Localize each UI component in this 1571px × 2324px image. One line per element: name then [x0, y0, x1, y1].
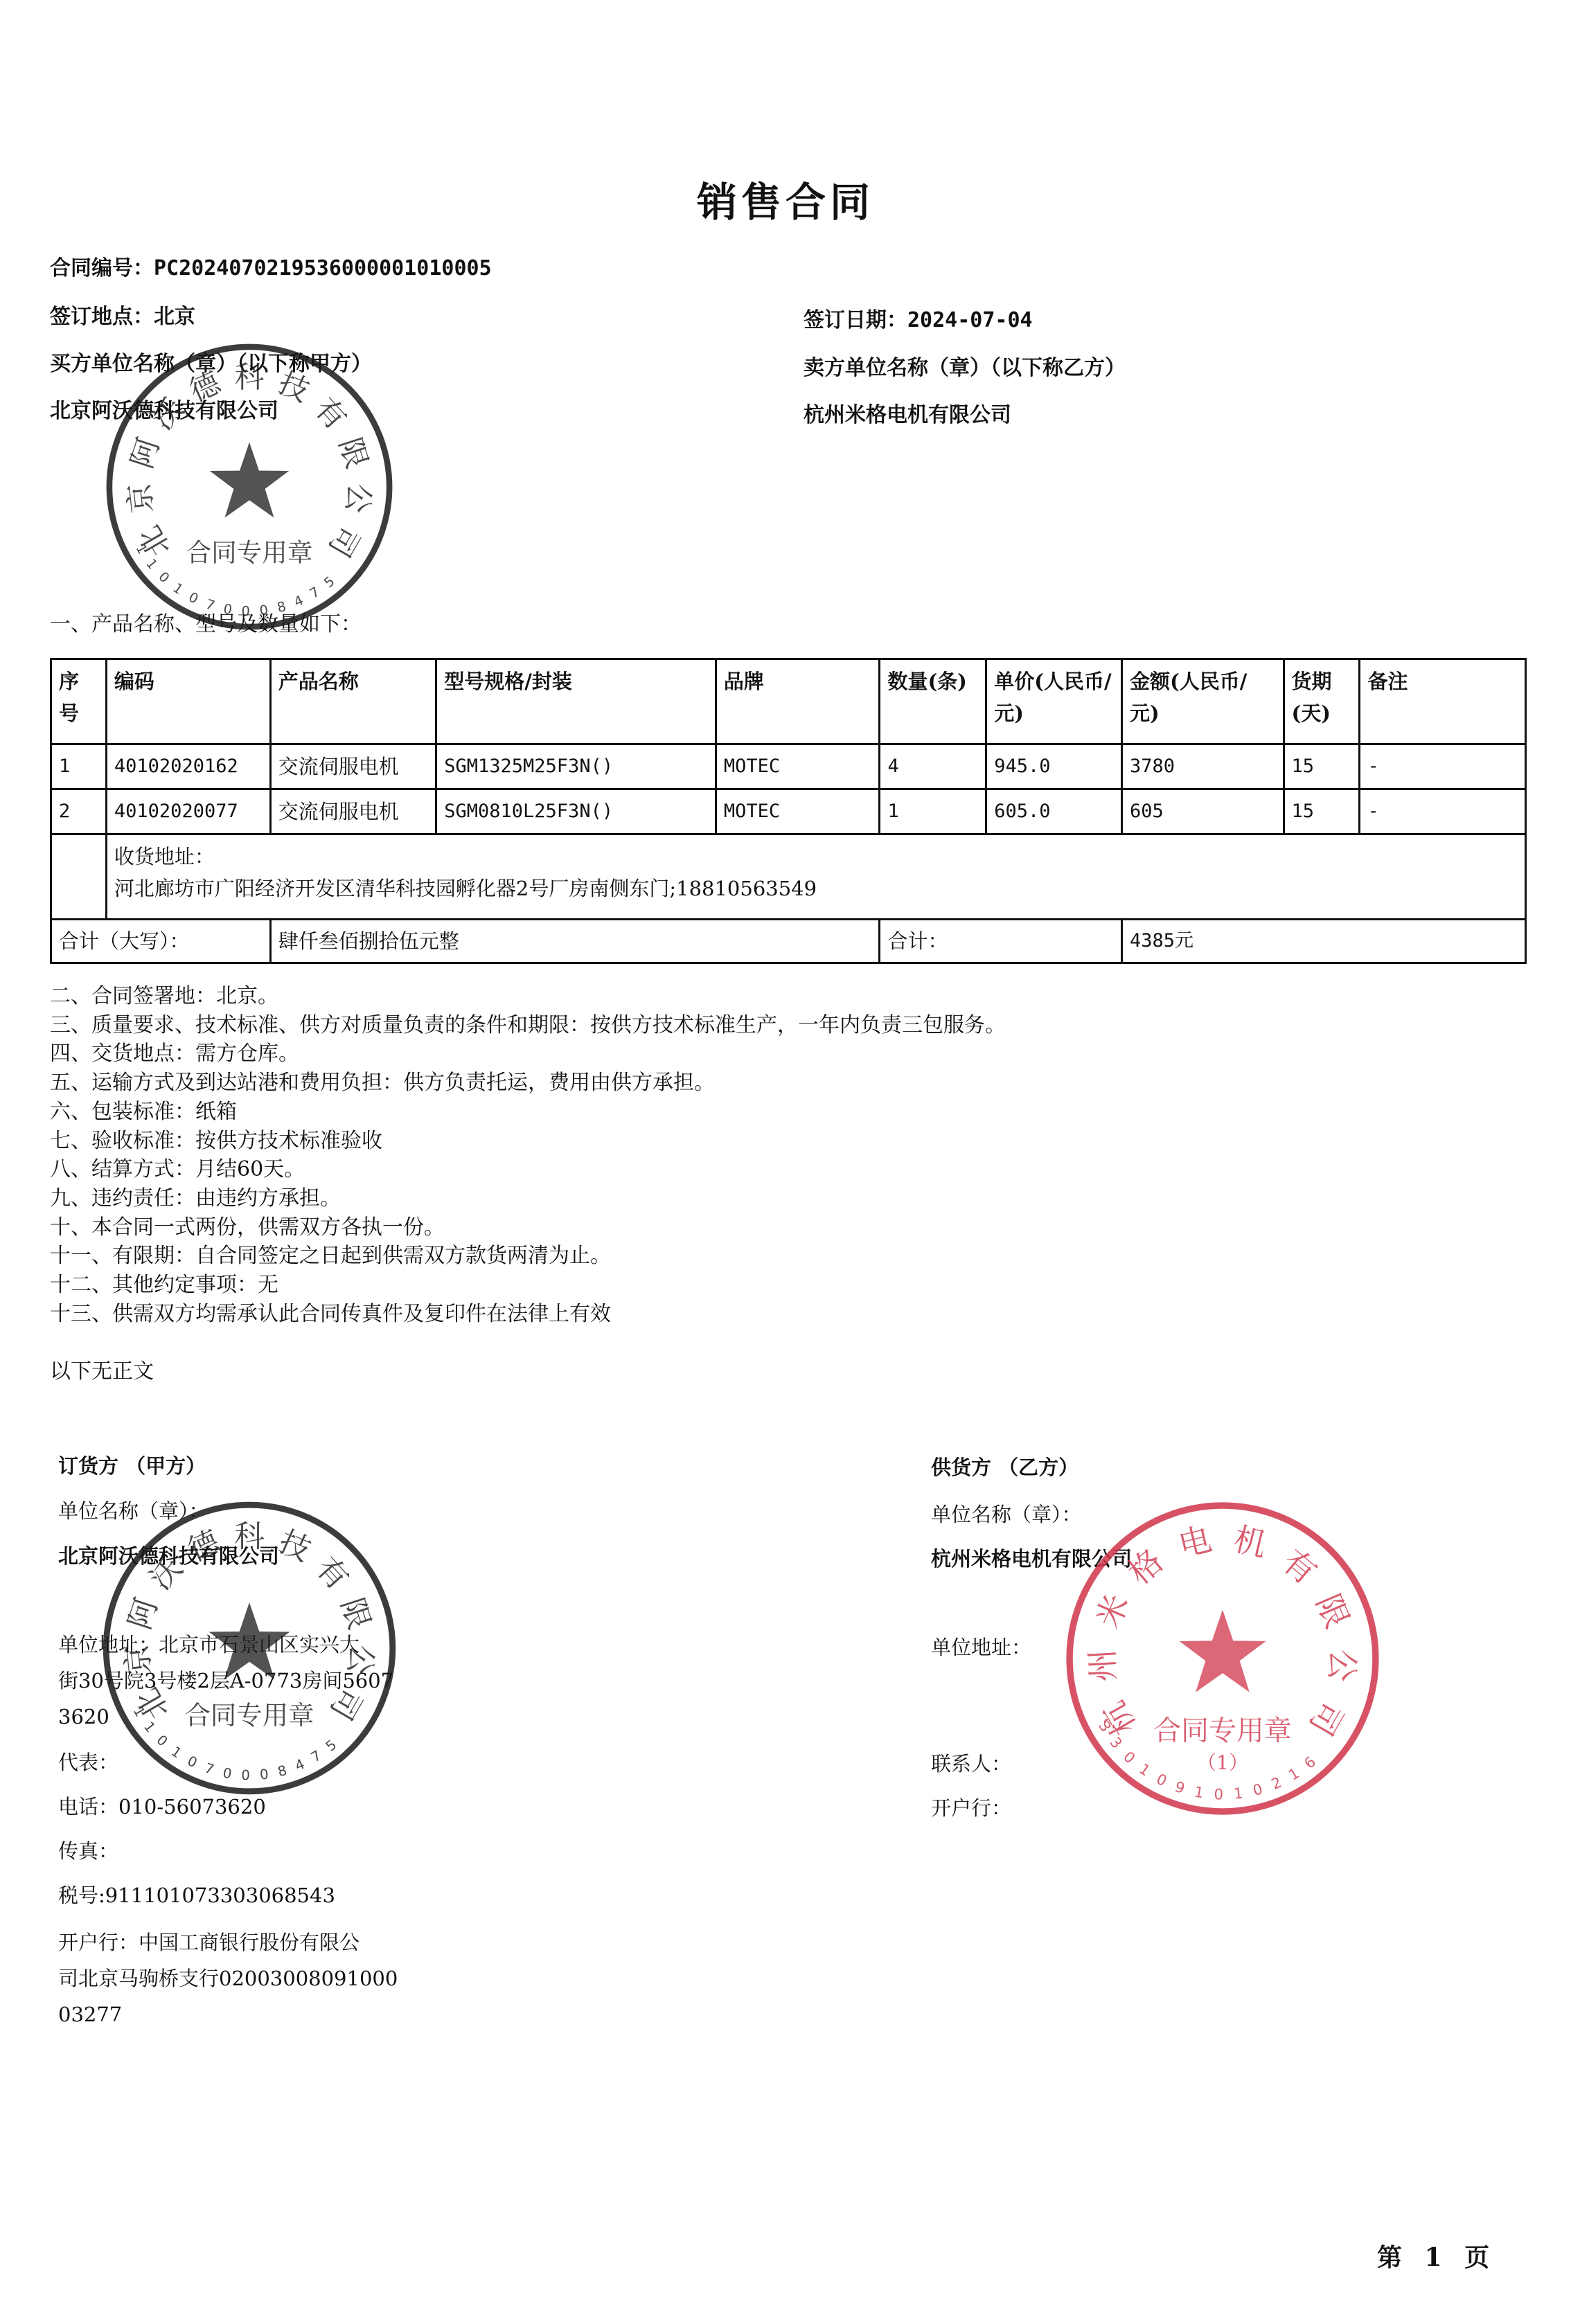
svg-text:机: 机 [1230, 1520, 1270, 1564]
table-row: 1 40102020162 交流伺服电机 SGM1325M25F3N() MOT… [51, 744, 1526, 789]
svg-text:9: 9 [1173, 1778, 1187, 1797]
party-a-fax-label: 传真： [58, 1839, 118, 1863]
cell-code: 40102020162 [106, 744, 270, 789]
cell-unit-price: 945.0 [986, 744, 1122, 789]
svg-text:1: 1 [130, 1704, 148, 1719]
svg-text:限: 限 [334, 1593, 377, 1634]
total-row: 合计（大写）： 肆仟叁佰捌拾伍元整 合计： 4385元 [51, 920, 1526, 963]
term-item: 五、运输方式及到达站港和费用负担：供方负责托运，费用由供方承担。 [50, 1069, 1006, 1098]
address-spacer-cell [51, 834, 107, 920]
term-item: 四、交货地点：需方仓库。 [50, 1039, 1006, 1069]
party-b-name: 杭州米格电机有限公司 [931, 1547, 1132, 1571]
party-a-address-line2: 街30号院3号楼2层A-0773房间5607 [58, 1669, 393, 1693]
cell-product: 交流伺服电机 [270, 744, 436, 789]
svg-text:0: 0 [153, 1732, 170, 1749]
product-table: 序号 编码 产品名称 型号规格/封装 品牌 数量(条) 单价(人民币/元) 金额… [50, 658, 1527, 964]
svg-text:限: 限 [332, 433, 374, 472]
svg-text:5: 5 [321, 573, 337, 591]
cell-index: 2 [51, 789, 107, 834]
delivery-address-value: 河北廊坊市广阳经济开发区清华科技园孵化器2号厂房南侧东门;18810563549 [114, 873, 1518, 904]
svg-text:7: 7 [203, 1760, 216, 1778]
col-header-brand: 品牌 [716, 659, 880, 744]
cell-model: SGM0810L25F3N() [436, 789, 716, 834]
delivery-address-cell: 收货地址： 河北廊坊市广阳经济开发区清华科技园孵化器2号厂房南侧东门;18810… [106, 834, 1525, 920]
svg-text:0: 0 [1251, 1780, 1264, 1799]
party-b-name-label: 单位名称（章）： [931, 1503, 1082, 1527]
svg-text:京: 京 [122, 481, 159, 515]
party-a-rep-label: 代表： [58, 1751, 118, 1775]
svg-text:公: 公 [1322, 1648, 1362, 1683]
delivery-address-row: 收货地址： 河北廊坊市广阳经济开发区清华科技园孵化器2号厂房南侧东门;18810… [51, 834, 1526, 920]
cell-amount: 605 [1121, 789, 1284, 834]
svg-text:7: 7 [307, 584, 323, 602]
svg-text:1: 1 [1233, 1784, 1244, 1802]
sign-date: 签订日期：2024-07-04 [804, 303, 1033, 333]
sign-date-value: 2024-07-04 [907, 308, 1033, 332]
contract-number-label: 合同编号： [50, 256, 154, 280]
svg-text:0: 0 [1214, 1785, 1223, 1803]
svg-text:0: 0 [1120, 1748, 1139, 1767]
cell-brand: MOTEC [716, 789, 880, 834]
cell-model: SGM1325M25F3N() [436, 744, 716, 789]
sign-place-value: 北京 [154, 305, 195, 329]
svg-text:有: 有 [308, 391, 353, 436]
col-header-qty: 数量(条) [880, 659, 986, 744]
party-a-address-line3: 3620 [58, 1705, 109, 1729]
svg-text:合同专用章: 合同专用章 [185, 1700, 314, 1731]
col-header-model: 型号规格/封装 [436, 659, 716, 744]
cell-index: 1 [51, 744, 107, 789]
cell-lead-time: 15 [1284, 789, 1360, 834]
svg-text:1: 1 [1136, 1760, 1153, 1779]
term-item: 三、质量要求、技术标准、供方对质量负责的条件和期限：按供方技术标准生产，一年内负… [50, 1011, 1006, 1040]
cell-qty: 1 [880, 789, 986, 834]
term-item: 二、合同签署地：北京。 [50, 982, 1006, 1011]
col-header-lead-time: 货期(天) [1284, 659, 1360, 744]
svg-text:0: 0 [259, 1766, 269, 1782]
svg-text:州: 州 [1083, 1648, 1124, 1683]
contract-number: 合同编号：PC2024070219536000001010005 [50, 251, 492, 281]
table-header-row: 序号 编码 产品名称 型号规格/封装 品牌 数量(条) 单价(人民币/元) 金额… [51, 659, 1526, 744]
cell-product: 交流伺服电机 [270, 789, 436, 834]
seller-label: 卖方单位名称（章）（以下称乙方） [804, 350, 1126, 381]
col-header-amount: 金额(人民币/元) [1121, 659, 1284, 744]
svg-text:7: 7 [308, 1747, 324, 1765]
svg-text:8: 8 [276, 1762, 289, 1780]
cell-unit-price: 605.0 [986, 789, 1122, 834]
svg-text:合同专用章: 合同专用章 [186, 538, 313, 568]
party-a-tax: 税号:91110107330306854​3 [58, 1884, 335, 1908]
sign-place-label: 签订地点： [50, 305, 154, 329]
party-b-address-label: 单位地址： [931, 1636, 1031, 1660]
section-products-title: 一、产品名称、型号及数量如下： [50, 607, 362, 637]
buyer-name: 北京阿沃德科技有限公司 [50, 393, 278, 424]
party-a-address: 单位地址：北京市石景山区实兴大 [58, 1633, 360, 1657]
contract-number-value: PC2024070219536000001010005 [154, 256, 492, 280]
party-b-heading: 供货方 （乙方） [931, 1456, 1079, 1480]
term-item: 十一、有限期：自合同签定之日起到供需双方款货两清为止。 [50, 1242, 1006, 1271]
sign-place: 签订地点：北京 [50, 299, 195, 330]
svg-text:技: 技 [274, 1524, 316, 1568]
svg-text:0: 0 [241, 1767, 250, 1783]
svg-text:合同专用章: 合同专用章 [1153, 1715, 1292, 1747]
svg-text:2: 2 [1268, 1773, 1284, 1793]
party-a-address-line1: 北京市石景山区实兴大 [159, 1633, 360, 1656]
term-item: 八、结算方式：月结60天。 [50, 1155, 1006, 1184]
svg-text:（1）: （1） [1197, 1751, 1248, 1774]
term-item: 六、包装标准：纸箱 [50, 1098, 1006, 1127]
party-a-bank-label: 开户行： [58, 1931, 139, 1954]
document-title: 销售合同 [0, 170, 1571, 228]
party-a-bank-line3: 03277 [58, 2003, 122, 2027]
svg-text:1: 1 [132, 542, 150, 557]
seal-icon: 北京阿沃德科技有限公司合同专用章1101070008475 [87, 338, 412, 636]
term-item: 十三、供需双方均需承认此合同传真件及复印件在法律上有效 [50, 1300, 1006, 1329]
svg-text:4: 4 [292, 1756, 307, 1774]
total-upper-label: 合计（大写）： [51, 920, 271, 963]
svg-text:司: 司 [321, 520, 366, 563]
party-a-bank-line2: 司北京马驹桥支行0200300809100​0 [58, 1967, 398, 1991]
cell-lead-time: 15 [1284, 744, 1360, 789]
cell-code: 40102020077 [106, 789, 270, 834]
seal-icon: 杭州米格电机有限公司合同专用章（1）3301091010216 [1053, 1496, 1392, 1821]
svg-text:限: 限 [1308, 1589, 1356, 1634]
svg-text:0: 0 [185, 1753, 200, 1771]
party-a-phone-label: 电话： [58, 1795, 118, 1818]
svg-text:1: 1 [1286, 1764, 1303, 1784]
party-a-tax-label: 税号: [58, 1884, 105, 1907]
buyer-seal-top: 北京阿沃德科技有限公司合同专用章1101070008475 [87, 338, 412, 636]
svg-text:3: 3 [1095, 1718, 1115, 1735]
svg-text:米: 米 [1089, 1589, 1137, 1634]
svg-text:北: 北 [132, 520, 177, 563]
col-header-code: 编码 [106, 659, 270, 744]
total-label: 合计： [880, 920, 1122, 963]
cell-qty: 4 [880, 744, 986, 789]
buyer-label: 买方单位名称（章）（以下称甲方） [50, 346, 372, 377]
total-upper-value: 肆仟叁佰捌拾伍元整 [270, 920, 880, 963]
total-value: 4385元 [1121, 920, 1525, 963]
svg-text:有: 有 [309, 1550, 355, 1597]
seller-name: 杭州米格电机有限公司 [804, 397, 1011, 428]
svg-text:1: 1 [168, 1744, 185, 1762]
contract-terms: 二、合同签署地：北京。 三、质量要求、技术标准、供方对质量负责的条件和期限：按供… [50, 982, 1006, 1328]
term-item: 十二、其他约定事项：无 [50, 1271, 1006, 1300]
svg-text:电: 电 [1175, 1520, 1215, 1564]
party-a-address-label: 单位地址： [58, 1633, 159, 1656]
svg-text:1: 1 [1193, 1782, 1205, 1801]
table-row: 2 40102020077 交流伺服电机 SGM0810L25F3N() MOT… [51, 789, 1526, 834]
no-more-text: 以下无正文 [50, 1354, 154, 1384]
page-number: 第 1 页 [1377, 2238, 1496, 2273]
party-a-name: 北京阿沃德科技有限公司 [58, 1544, 279, 1568]
svg-text:司: 司 [1302, 1695, 1351, 1742]
svg-text:阿: 阿 [122, 1593, 165, 1634]
cell-brand: MOTEC [716, 744, 880, 789]
svg-text:1: 1 [170, 580, 186, 598]
party-a-tax-value: 91110107330306854​3 [105, 1884, 335, 1907]
svg-text:有: 有 [1275, 1542, 1324, 1592]
svg-text:0: 0 [186, 589, 201, 607]
col-header-remark: 备注 [1360, 659, 1526, 744]
party-b-contact-label: 联系人： [931, 1752, 1011, 1776]
svg-text:阿: 阿 [125, 433, 167, 472]
sign-date-label: 签订日期： [804, 308, 907, 332]
term-item: 七、验收标准：按供方技术标准验收 [50, 1127, 1006, 1156]
cell-remark: - [1360, 744, 1526, 789]
term-item: 十、本合同一式两份，供需双方各执一份。 [50, 1213, 1006, 1242]
svg-text:0: 0 [1153, 1770, 1169, 1789]
col-header-unit-price: 单价(人民币/元) [986, 659, 1122, 744]
delivery-address-label: 收货地址： [114, 841, 1518, 873]
svg-text:公: 公 [339, 481, 376, 515]
party-a-phone: 电话：010-56073620 [58, 1795, 266, 1819]
party-a-name-label: 单位名称（章）： [58, 1499, 209, 1523]
svg-text:0: 0 [222, 1765, 233, 1782]
svg-text:1: 1 [143, 555, 161, 572]
cell-remark: - [1360, 789, 1526, 834]
col-header-index: 序号 [51, 659, 107, 744]
col-header-product: 产品名称 [270, 659, 436, 744]
svg-text:1: 1 [141, 1719, 159, 1735]
svg-text:6: 6 [1301, 1753, 1319, 1772]
svg-text:5: 5 [323, 1737, 339, 1755]
svg-text:0: 0 [155, 569, 172, 586]
svg-text:3: 3 [1106, 1733, 1126, 1751]
svg-text:杭: 杭 [1094, 1695, 1144, 1742]
party-a-phone-value: 010-56073620 [118, 1795, 266, 1818]
party-a-bank: 开户行：中国工商银行股份有限公 [58, 1931, 360, 1955]
party-a-bank-line1: 中国工商银行股份有限公 [139, 1931, 360, 1954]
term-item: 九、违约责任：由违约方承担。 [50, 1184, 1006, 1213]
party-a-heading: 订货方 （甲方） [58, 1454, 206, 1478]
seller-seal: 杭州米格电机有限公司合同专用章（1）3301091010216 [1053, 1496, 1392, 1821]
party-b-bank-label: 开户行： [931, 1796, 1011, 1821]
cell-amount: 3780 [1121, 744, 1284, 789]
